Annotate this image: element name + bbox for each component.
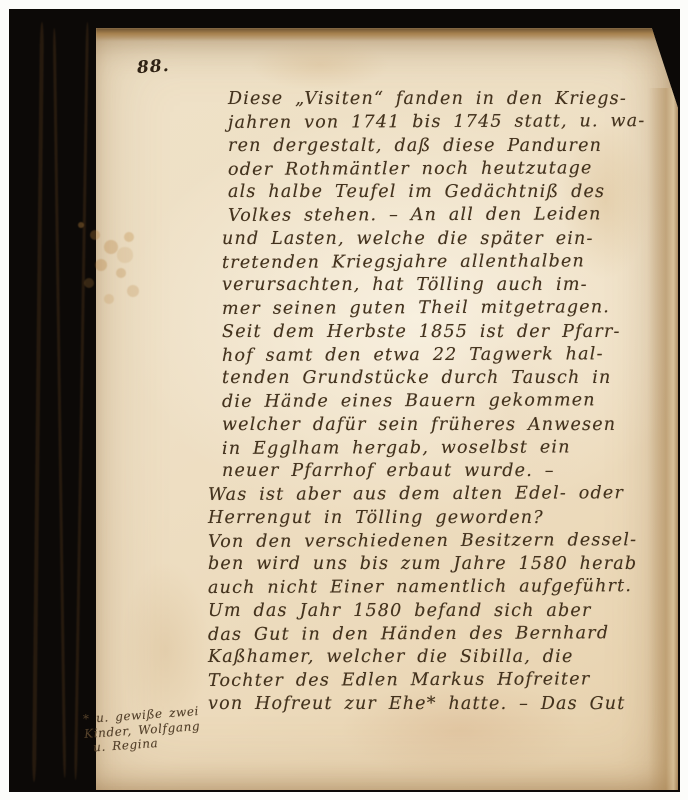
page-number: 88.: [136, 56, 170, 78]
manuscript-line: Volkes stehen. – An all den Leiden: [208, 203, 670, 228]
manuscript-line: tenden Grundstücke durch Tausch in: [208, 367, 670, 390]
manuscript-line: Um das Jahr 1580 befand sich aber: [208, 600, 670, 623]
manuscript-line: die Hände eines Bauern gekommen: [208, 389, 670, 414]
manuscript-line: verursachten, hat Tölling auch im-: [208, 274, 670, 297]
manuscript-line: ren dergestalt, daß diese Panduren: [208, 135, 670, 158]
manuscript-line: in Egglham hergab, woselbst ein: [208, 436, 670, 461]
scanned-book-photo: 88. Diese „Visiten“ fanden in den Kriegs…: [0, 0, 688, 800]
manuscript-line: auch nicht Einer namentlich aufgeführt.: [208, 575, 670, 600]
manuscript-line: und Lasten, welche die später ein-: [208, 228, 670, 251]
manuscript-line: von Hofreut zur Ehe* hatte. – Das Gut: [208, 693, 670, 716]
manuscript-line: mer seinen guten Theil mitgetragen.: [208, 296, 670, 321]
manuscript-line: oder Rothmäntler noch heutzutage: [208, 157, 670, 182]
manuscript-line: hof samt den etwa 22 Tagwerk hal-: [208, 343, 670, 368]
handwriting-layer: 88. Diese „Visiten“ fanden in den Kriegs…: [0, 0, 688, 800]
manuscript-line: Seit dem Herbste 1855 ist der Pfarr-: [208, 321, 670, 344]
manuscript-line: jahren von 1741 bis 1745 statt, u. wa-: [208, 110, 670, 135]
manuscript-line: als halbe Teufel im Gedächtniß des: [208, 181, 670, 204]
manuscript-line: tretenden Kriegsjahre allenthalben: [208, 250, 670, 275]
manuscript-line: ben wird uns bis zum Jahre 1580 herab: [208, 553, 670, 576]
manuscript-line: Kaßhamer, welcher die Sibilla, die: [208, 646, 670, 669]
marginal-footnote: * u. gewiße zweiKinder, Wolfgangu. Regin…: [83, 704, 202, 756]
manuscript-line: Diese „Visiten“ fanden in den Kriegs-: [208, 88, 670, 111]
manuscript-line: neuer Pfarrhof erbaut wurde. –: [208, 460, 670, 483]
manuscript-line: Herrengut in Tölling geworden?: [208, 507, 670, 530]
manuscript-line: welcher dafür sein früheres Anwesen: [208, 414, 670, 437]
manuscript-line: das Gut in den Händen des Bernhard: [208, 622, 670, 647]
manuscript-line: Tochter des Edlen Markus Hofreiter: [208, 668, 670, 693]
manuscript-line: Was ist aber aus dem alten Edel- oder: [208, 482, 670, 507]
manuscript-text: Diese „Visiten“ fanden in den Kriegs-jah…: [208, 88, 670, 716]
manuscript-line: Von den verschiedenen Besitzern dessel-: [208, 529, 670, 554]
